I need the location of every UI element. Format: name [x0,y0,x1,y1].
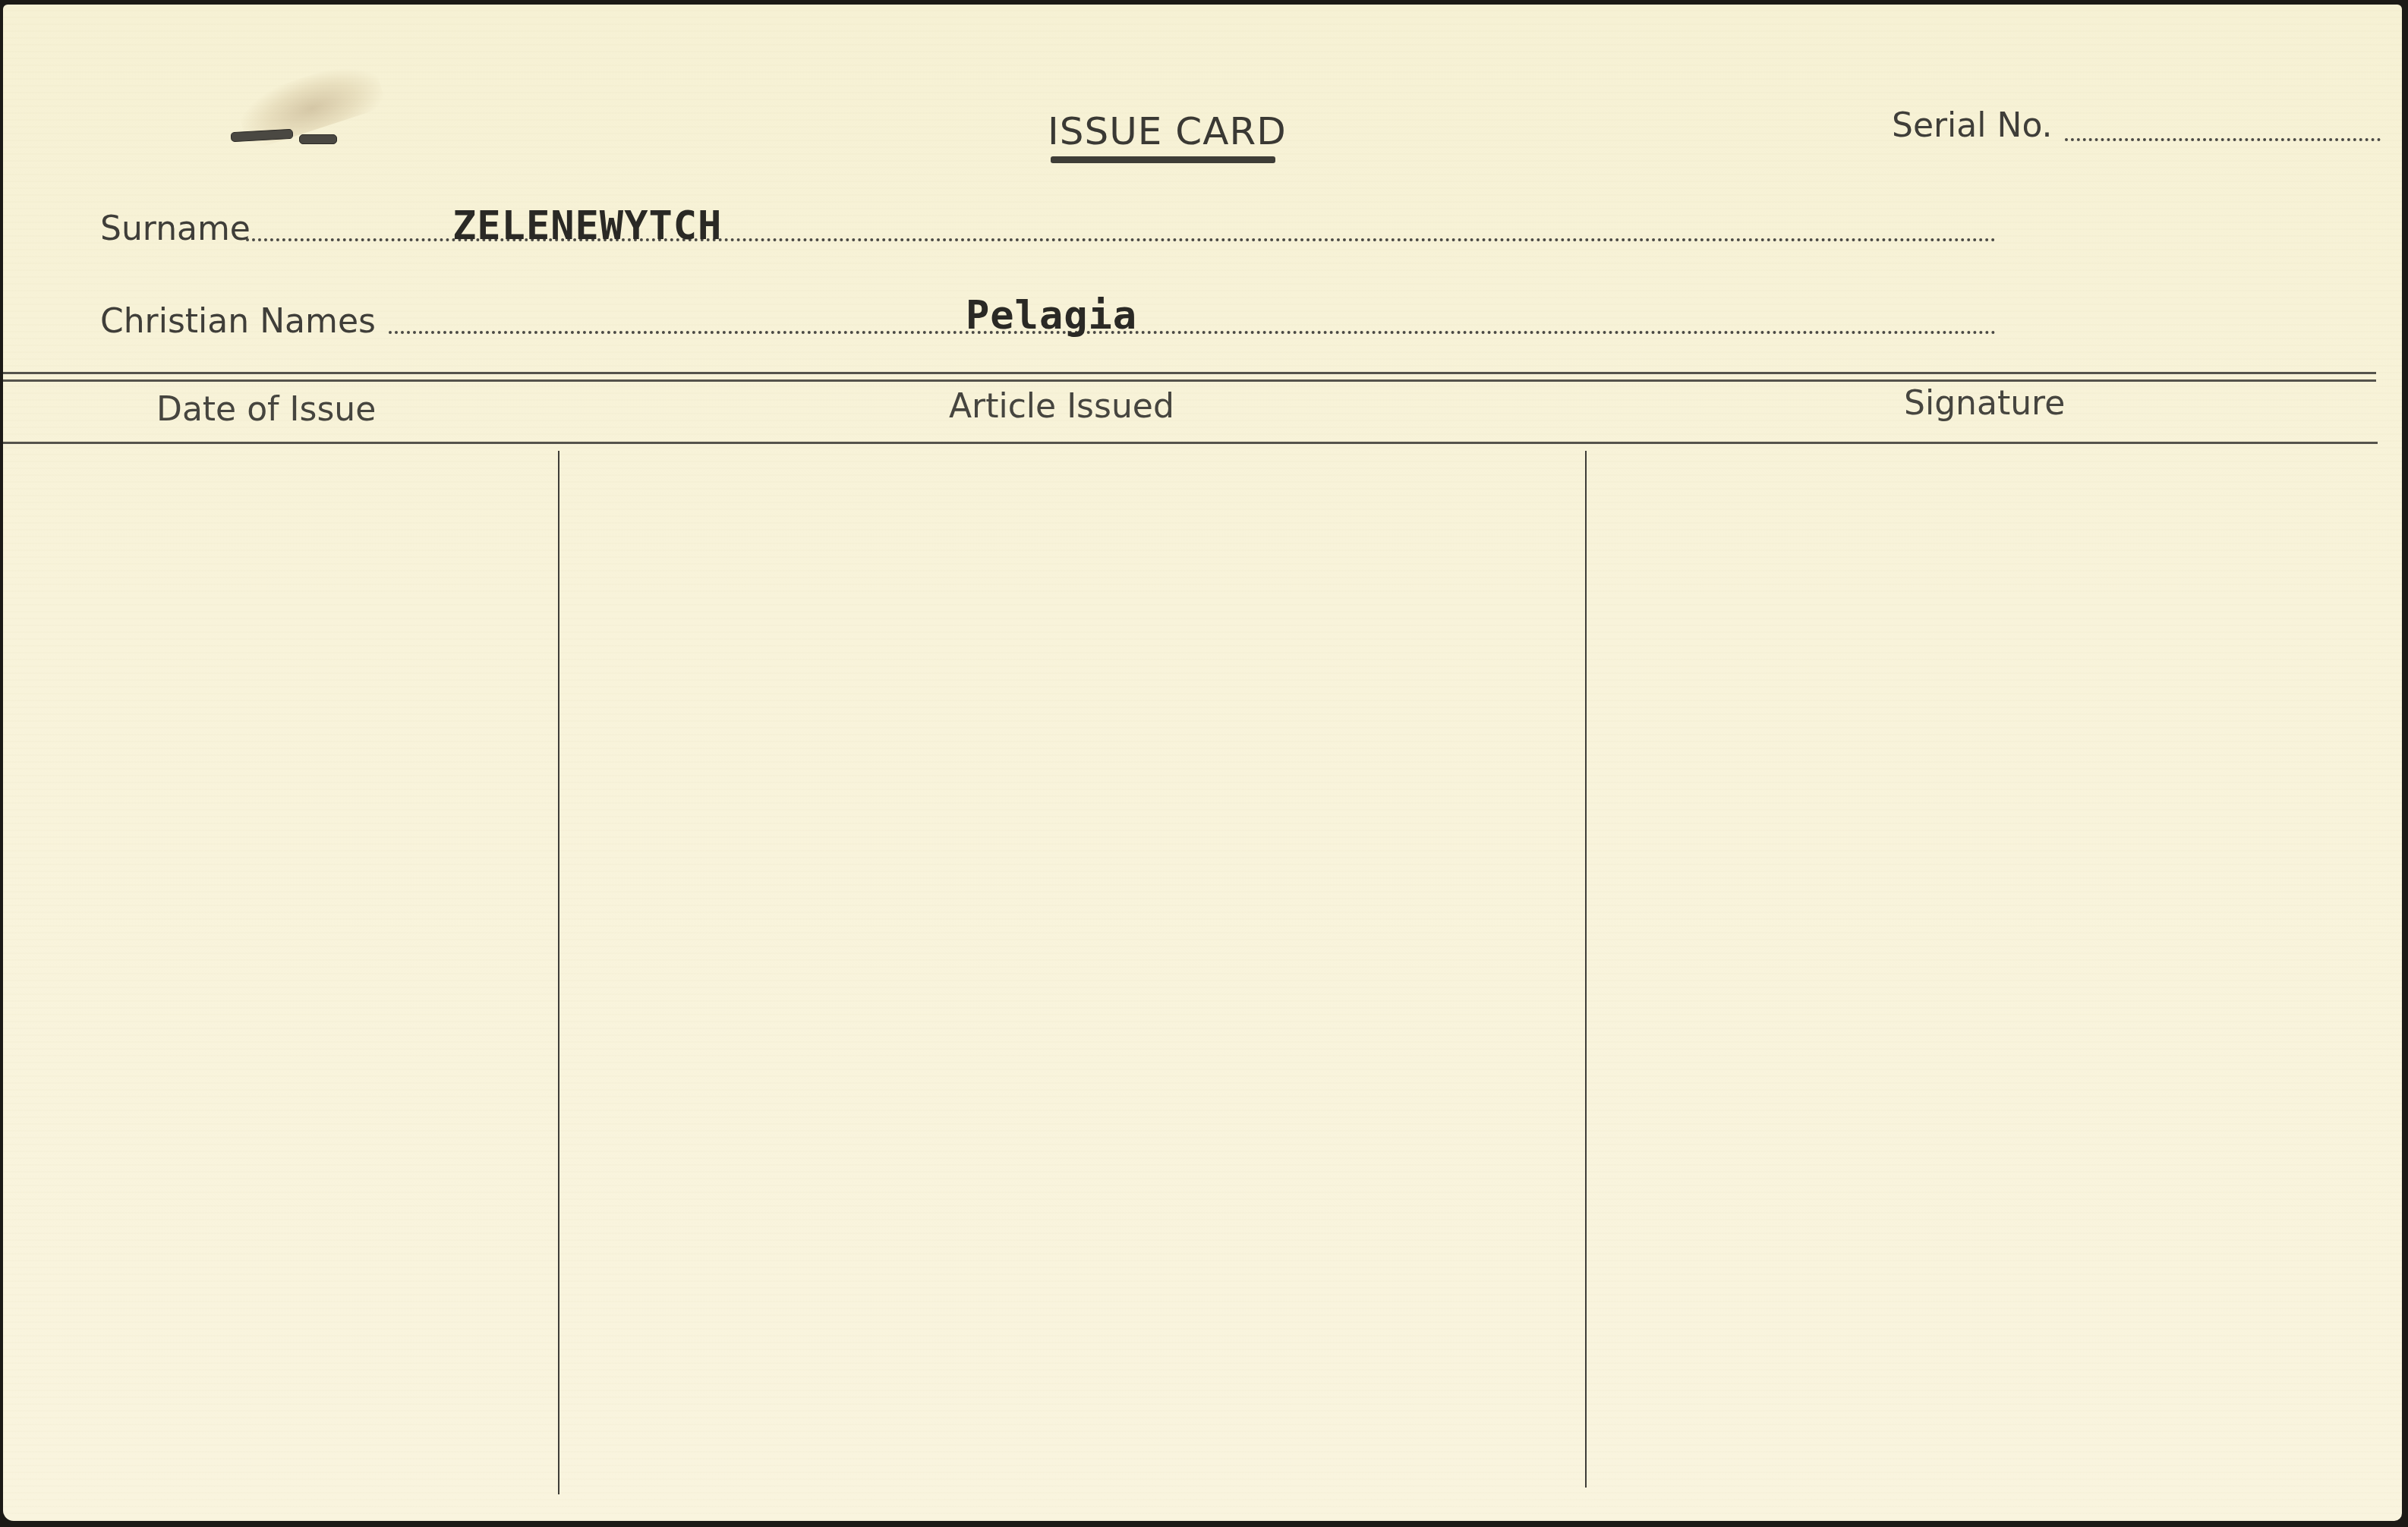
serial-label: Serial No. [1892,106,2053,145]
column-header-date-of-issue: Date of Issue [156,390,376,429]
title-underline [1051,156,1275,163]
column-divider-2 [1585,451,1587,1488]
column-header-signature: Signature [1904,384,2065,423]
header-double-rule-bottom [3,379,2376,382]
christian-names-dotted-line [389,331,1997,334]
column-header-bottom-rule [3,442,2378,444]
serial-dotted-line [2065,138,2381,141]
column-divider-1 [558,451,559,1494]
christian-names-field[interactable]: Pelagia [966,293,1137,338]
surname-field[interactable]: ZELENEWYTCH [452,203,722,249]
header-double-rule-top [3,372,2376,374]
signature-column[interactable] [1590,452,2379,1492]
card-title: ISSUE CARD [1048,109,1287,153]
article-issued-column[interactable] [562,452,1584,1492]
staple-mark-right [299,134,337,144]
date-of-issue-column[interactable] [3,452,556,1492]
christian-names-label: Christian Names [100,302,376,341]
staple-mark-left [231,129,294,142]
issue-card: ISSUE CARD Serial No. Surname ZELENEWYTC… [3,5,2402,1521]
column-header-article-issued: Article Issued [949,387,1174,426]
surname-label: Surname [100,209,251,248]
